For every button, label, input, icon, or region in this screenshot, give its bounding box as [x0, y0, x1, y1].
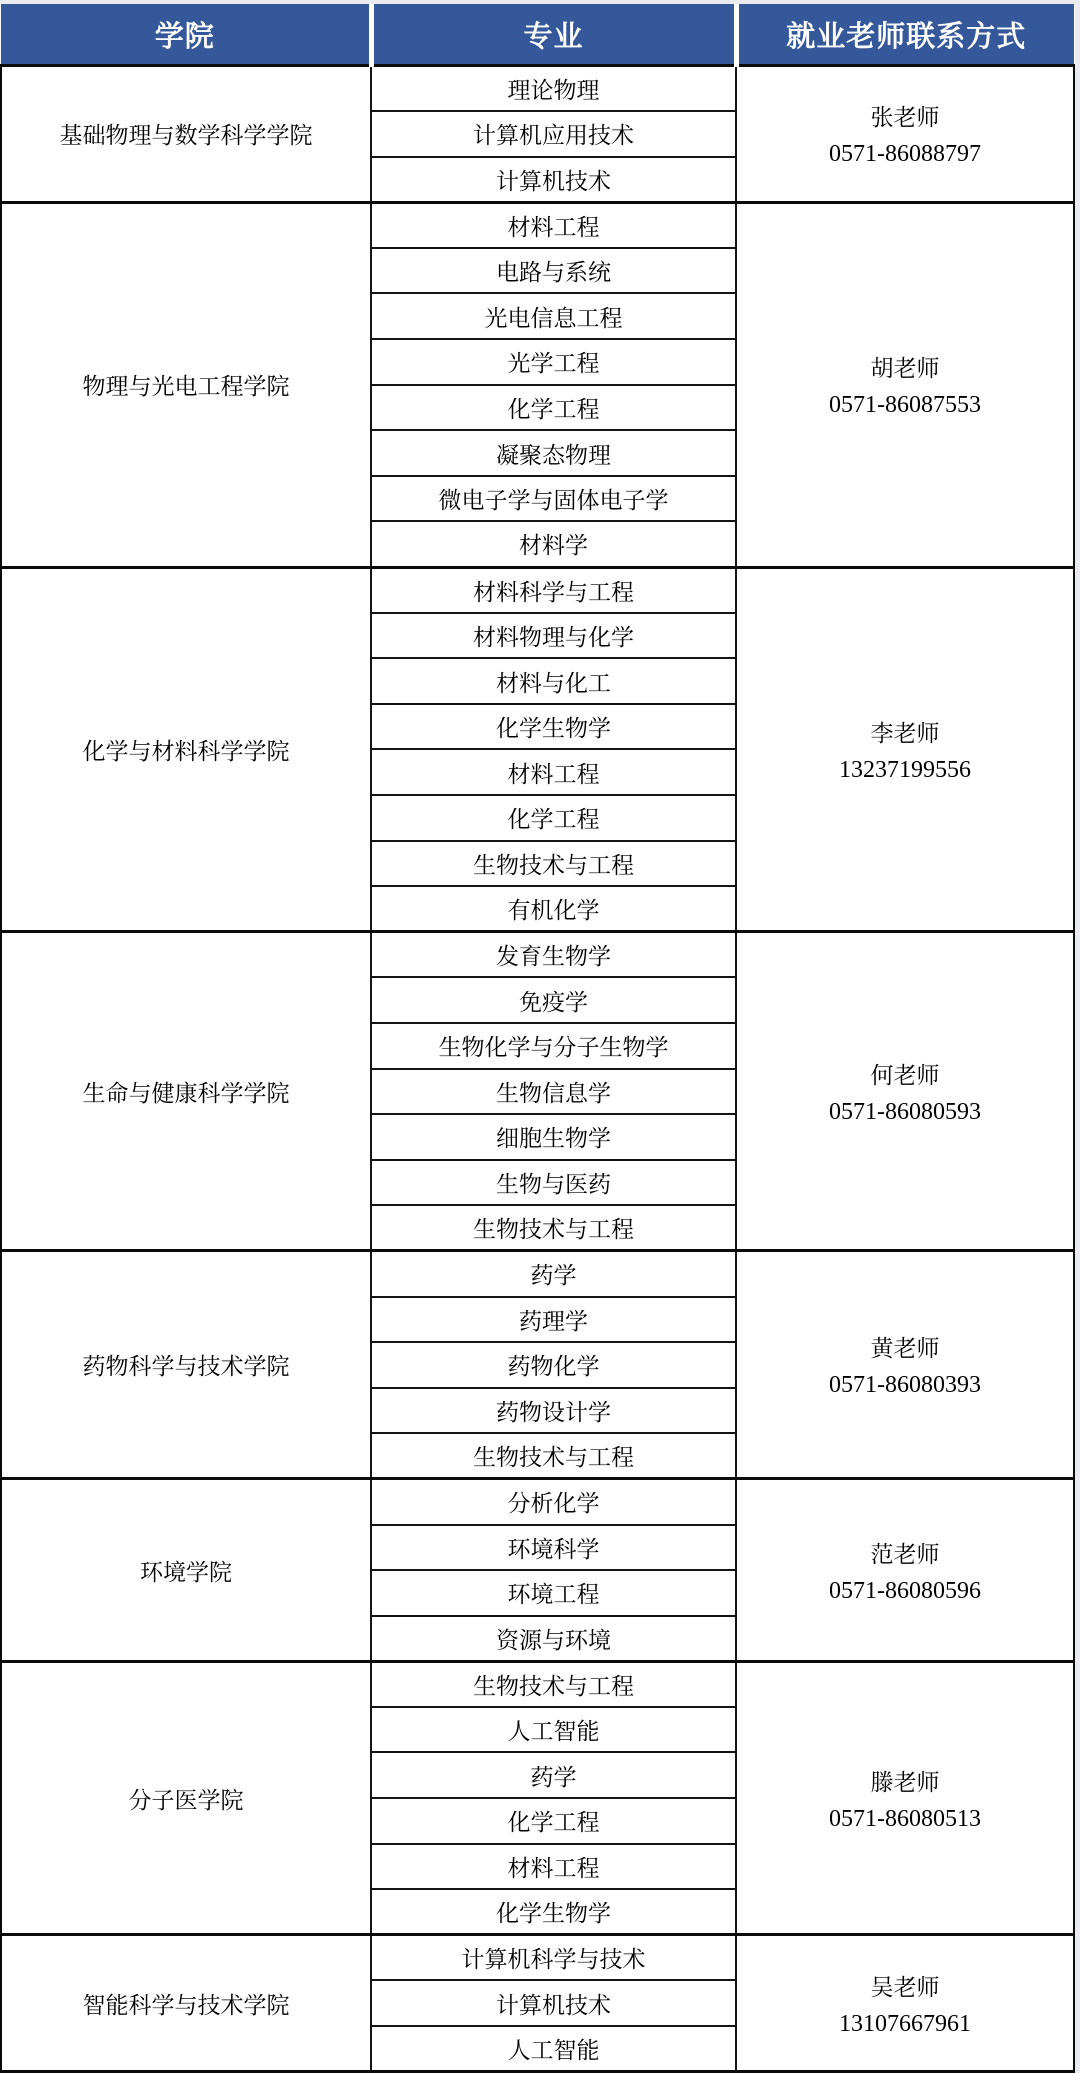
major-cell: 材料学 — [371, 521, 736, 567]
major-cell: 环境工程 — [371, 1570, 736, 1616]
major-cell: 材料科学与工程 — [371, 567, 736, 613]
college-contact-table: 学院 专业 就业老师联系方式 基础物理与数学科学学院理论物理张老师0571-86… — [0, 4, 1075, 2073]
major-cell: 生物信息学 — [371, 1069, 736, 1115]
major-cell: 分析化学 — [371, 1479, 736, 1525]
major-cell: 化学生物学 — [371, 1889, 736, 1935]
college-cell: 分子医学院 — [1, 1661, 371, 1935]
college-cell: 化学与材料科学学院 — [1, 567, 371, 932]
major-cell: 材料物理与化学 — [371, 613, 736, 659]
table-body: 基础物理与数学科学学院理论物理张老师0571-86088797计算机应用技术计算… — [1, 66, 1074, 2072]
table-row: 环境学院分析化学范老师0571-86080596 — [1, 1479, 1074, 1525]
table-row: 智能科学与技术学院计算机科学与技术吴老师13107667961 — [1, 1935, 1074, 1981]
teacher-phone: 13107667961 — [737, 2011, 1073, 2038]
major-cell: 生物技术与工程 — [371, 1205, 736, 1251]
major-cell: 免疫学 — [371, 977, 736, 1023]
major-cell: 药物设计学 — [371, 1388, 736, 1434]
major-cell: 理论物理 — [371, 66, 736, 112]
major-cell: 计算机科学与技术 — [371, 1935, 736, 1981]
contact-cell: 黄老师0571-86080393 — [736, 1251, 1074, 1479]
header-college: 学院 — [1, 4, 371, 66]
major-cell: 生物技术与工程 — [371, 1661, 736, 1707]
major-cell: 发育生物学 — [371, 932, 736, 978]
table-row: 分子医学院生物技术与工程滕老师0571-86080513 — [1, 1661, 1074, 1707]
teacher-phone: 0571-86087553 — [737, 392, 1073, 419]
major-cell: 生物与医药 — [371, 1160, 736, 1206]
teacher-name: 张老师 — [737, 99, 1073, 132]
major-cell: 计算机技术 — [371, 1980, 736, 2026]
contact-cell: 范老师0571-86080596 — [736, 1479, 1074, 1661]
major-cell: 资源与环境 — [371, 1616, 736, 1662]
table-row: 药物科学与技术学院药学黄老师0571-86080393 — [1, 1251, 1074, 1297]
teacher-name: 黄老师 — [737, 1330, 1073, 1363]
table-row: 生命与健康科学学院发育生物学何老师0571-86080593 — [1, 932, 1074, 978]
major-cell: 人工智能 — [371, 1707, 736, 1753]
major-cell: 有机化学 — [371, 886, 736, 932]
teacher-phone: 0571-86080593 — [737, 1099, 1073, 1126]
major-cell: 光学工程 — [371, 339, 736, 385]
major-cell: 化学生物学 — [371, 704, 736, 750]
major-cell: 细胞生物学 — [371, 1114, 736, 1160]
college-cell: 基础物理与数学科学学院 — [1, 66, 371, 203]
college-cell: 环境学院 — [1, 1479, 371, 1661]
major-cell: 化学工程 — [371, 1798, 736, 1844]
major-cell: 生物化学与分子生物学 — [371, 1023, 736, 1069]
table-row: 物理与光电工程学院材料工程胡老师0571-86087553 — [1, 202, 1074, 248]
teacher-name: 范老师 — [737, 1536, 1073, 1569]
table-header-row: 学院 专业 就业老师联系方式 — [1, 4, 1074, 66]
major-cell: 人工智能 — [371, 2026, 736, 2072]
teacher-name: 何老师 — [737, 1057, 1073, 1090]
teacher-name: 李老师 — [737, 715, 1073, 748]
teacher-phone: 0571-86080513 — [737, 1806, 1073, 1833]
major-cell: 生物技术与工程 — [371, 841, 736, 887]
contact-cell: 胡老师0571-86087553 — [736, 202, 1074, 567]
major-cell: 药学 — [371, 1251, 736, 1297]
major-cell: 材料工程 — [371, 749, 736, 795]
teacher-name: 滕老师 — [737, 1764, 1073, 1797]
major-cell: 电路与系统 — [371, 248, 736, 294]
major-cell: 微电子学与固体电子学 — [371, 476, 736, 522]
teacher-phone: 0571-86080393 — [737, 1372, 1073, 1399]
contact-cell: 李老师13237199556 — [736, 567, 1074, 932]
table-row: 化学与材料科学学院材料科学与工程李老师13237199556 — [1, 567, 1074, 613]
table-row: 基础物理与数学科学学院理论物理张老师0571-86088797 — [1, 66, 1074, 112]
major-cell: 计算机技术 — [371, 157, 736, 203]
page: 学院 专业 就业老师联系方式 基础物理与数学科学学院理论物理张老师0571-86… — [0, 0, 1080, 2073]
major-cell: 药物化学 — [371, 1342, 736, 1388]
major-cell: 化学工程 — [371, 795, 736, 841]
major-cell: 材料工程 — [371, 202, 736, 248]
major-cell: 化学工程 — [371, 385, 736, 431]
teacher-phone: 13237199556 — [737, 757, 1073, 784]
contact-cell: 滕老师0571-86080513 — [736, 1661, 1074, 1935]
college-cell: 生命与健康科学学院 — [1, 932, 371, 1251]
contact-cell: 张老师0571-86088797 — [736, 66, 1074, 203]
college-cell: 药物科学与技术学院 — [1, 1251, 371, 1479]
major-cell: 环境科学 — [371, 1525, 736, 1571]
header-major: 专业 — [371, 4, 736, 66]
major-cell: 光电信息工程 — [371, 293, 736, 339]
college-cell: 智能科学与技术学院 — [1, 1935, 371, 2072]
teacher-phone: 0571-86088797 — [737, 141, 1073, 168]
teacher-name: 吴老师 — [737, 1969, 1073, 2002]
college-cell: 物理与光电工程学院 — [1, 202, 371, 567]
major-cell: 药学 — [371, 1752, 736, 1798]
contact-cell: 何老师0571-86080593 — [736, 932, 1074, 1251]
teacher-name: 胡老师 — [737, 350, 1073, 383]
table-header: 学院 专业 就业老师联系方式 — [1, 4, 1074, 66]
teacher-phone: 0571-86080596 — [737, 1578, 1073, 1605]
major-cell: 生物技术与工程 — [371, 1433, 736, 1479]
major-cell: 计算机应用技术 — [371, 111, 736, 157]
major-cell: 材料工程 — [371, 1844, 736, 1890]
major-cell: 凝聚态物理 — [371, 430, 736, 476]
header-contact: 就业老师联系方式 — [736, 4, 1074, 66]
major-cell: 药理学 — [371, 1297, 736, 1343]
major-cell: 材料与化工 — [371, 658, 736, 704]
contact-cell: 吴老师13107667961 — [736, 1935, 1074, 2072]
